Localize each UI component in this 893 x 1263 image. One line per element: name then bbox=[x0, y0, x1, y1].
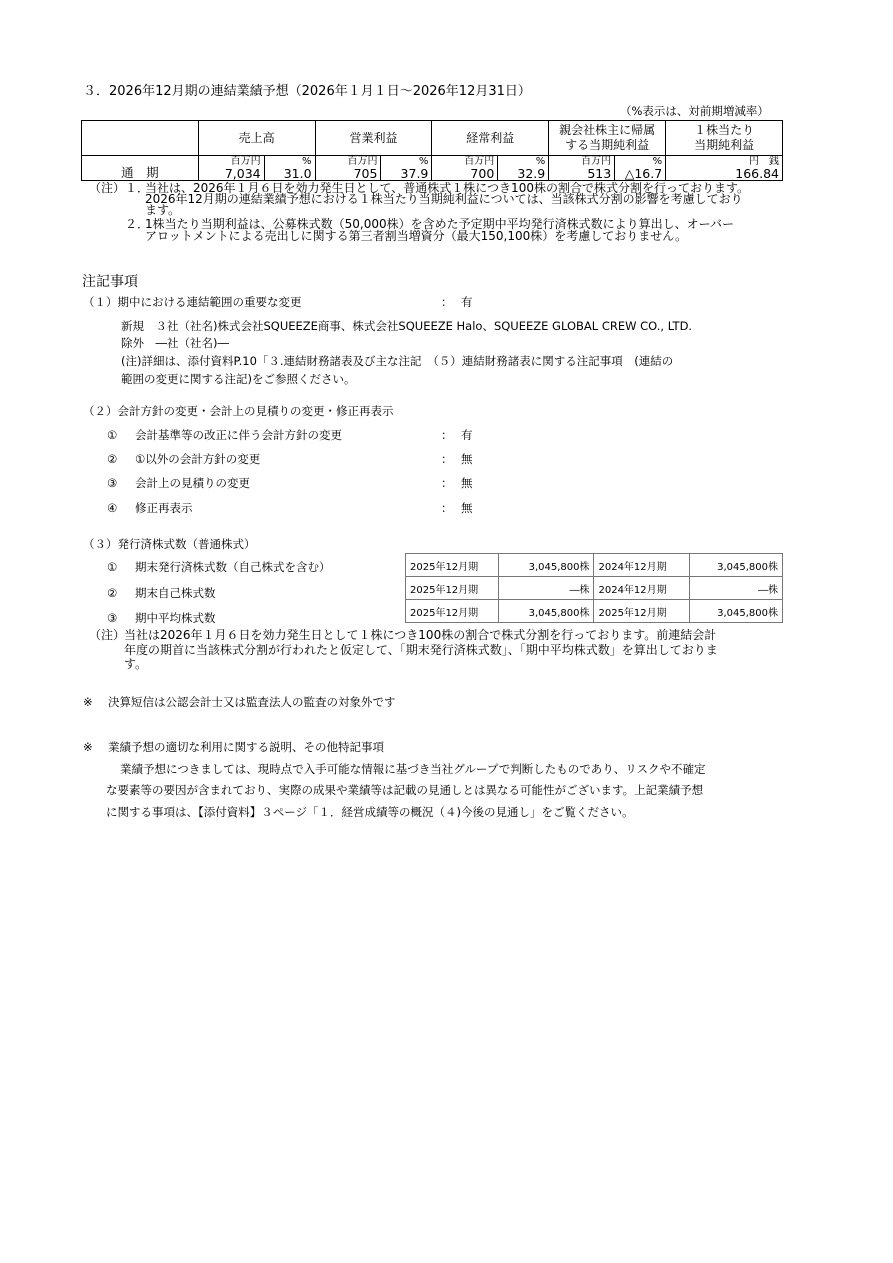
item2-row4-text: 修正再表示 bbox=[135, 502, 193, 514]
shares-value: ―株 bbox=[498, 577, 594, 600]
period: 2024年12月期 bbox=[594, 554, 690, 577]
net-pct: △16.7 bbox=[615, 167, 666, 181]
shares-value: 3,045,800株 bbox=[690, 554, 783, 577]
notes-heading: 注記事項 bbox=[82, 271, 138, 291]
item2-row1-text: 会計基準等の改正に伴う会計方針の変更 bbox=[135, 429, 342, 441]
item2-label: （２）会計方針の変更・会計上の見積りの変更・修正再表示 bbox=[83, 405, 394, 417]
item2-row4-colon: ： bbox=[441, 502, 453, 514]
item1-detail-line1: (注)詳細は、添付資料P.10「３.連結財務諸表及び主な注記 （５）連結財務諸表… bbox=[121, 355, 673, 367]
item2-row2-colon: ： bbox=[441, 453, 453, 465]
item3-row2-text: 期末自己株式数 bbox=[135, 587, 216, 599]
forward-line3: に関する事項は、【添付資料】３ページ「１．経営成績等の概況（４)今後の見通し」を… bbox=[106, 806, 634, 818]
shares-value: ―株 bbox=[690, 577, 783, 600]
net-value: 513 bbox=[549, 167, 615, 181]
shares-row: 2025年12月期 3,045,800株 2024年12月期 3,045,800… bbox=[406, 554, 783, 577]
forecast-table: 売上高 営業利益 経常利益 親会社株主に帰属する当期純利益 １株当たり当期純利益… bbox=[81, 120, 783, 181]
item2-row4-value: 無 bbox=[461, 502, 473, 514]
item3-note-line3: す。 bbox=[124, 659, 147, 671]
period: 2025年12月期 bbox=[406, 600, 499, 623]
item2-row4-num: ④ bbox=[107, 502, 117, 514]
item1-label: （１）期中における連結範囲の重要な変更 bbox=[83, 296, 302, 308]
item3-row1-num: ① bbox=[107, 561, 117, 573]
item1-new-companies: 新規 ３社（社名)株式会社SQUEEZE商事、株式会社SQUEEZE Halo、… bbox=[121, 320, 692, 332]
item3-note-line1: 当社は2026年１月６日を効力発生日として１株につき100株の割合で株式分割を行… bbox=[124, 630, 716, 642]
period: 2024年12月期 bbox=[594, 577, 690, 600]
ordinary-value: 700 bbox=[432, 167, 498, 181]
item1-detail-line2: 範囲の変更に関する注記)をご参照ください。 bbox=[121, 373, 355, 385]
period: 2025年12月期 bbox=[594, 600, 690, 623]
forecast-note2-line2: アロットメントによる売出しに関する第三者割当増資分（最大150,100株）を考慮… bbox=[145, 231, 687, 243]
forward-line2: な要素等の要因が含まれており、実際の成果や業績等は記載の見通しとは異なる可能性が… bbox=[106, 784, 703, 796]
operating-value: 705 bbox=[315, 167, 381, 181]
item3-label: （３）発行済株式数（普通株式） bbox=[83, 538, 256, 550]
rate-note: （%表示は、対前期増減率） bbox=[620, 105, 769, 117]
item2-row1-value: 有 bbox=[461, 429, 473, 441]
header-blank bbox=[82, 121, 199, 156]
row-label: 通 期 bbox=[82, 156, 199, 181]
sales-value: 7,034 bbox=[198, 167, 264, 181]
item1-colon: ： bbox=[441, 296, 453, 308]
shares-table: 2025年12月期 3,045,800株 2024年12月期 3,045,800… bbox=[405, 553, 783, 623]
item2-row2-text: ①以外の会計方針の変更 bbox=[135, 453, 260, 465]
item1-excluded: 除外 ―社（社名)― bbox=[121, 337, 229, 349]
item2-row2-value: 無 bbox=[461, 453, 473, 465]
sales-pct: 31.0 bbox=[264, 167, 315, 181]
item3-note-prefix: （注） bbox=[89, 630, 125, 642]
forward-mark: ※ bbox=[83, 741, 93, 753]
shares-row: 2025年12月期 ―株 2024年12月期 ―株 bbox=[406, 577, 783, 600]
forward-heading: 業績予想の適切な利用に関する説明、その他特記事項 bbox=[108, 741, 384, 753]
item3-row2-num: ② bbox=[107, 587, 117, 599]
item2-row1-colon: ： bbox=[441, 429, 453, 441]
item2-row3-value: 無 bbox=[461, 477, 473, 489]
operating-pct: 37.9 bbox=[381, 167, 432, 181]
header-net-profit: 親会社株主に帰属する当期純利益 bbox=[549, 121, 666, 156]
forecast-note1-line2: 2026年12月期の連結業績予想における１株当たり当期純利益については、当該株式… bbox=[145, 194, 743, 206]
header-sales: 売上高 bbox=[198, 121, 315, 156]
audit-text: 決算短信は公認会計士又は監査法人の監査の対象外です bbox=[108, 696, 396, 708]
forecast-note-prefix: （注） bbox=[89, 183, 125, 195]
item2-row2-num: ② bbox=[107, 453, 117, 465]
eps-value: 166.84 bbox=[666, 167, 783, 181]
ordinary-pct: 32.9 bbox=[498, 167, 549, 181]
item3-note-line2: 年度の期首に当該株式分割が行われたと仮定して、「期末発行済株式数」、「期中平均株… bbox=[124, 645, 718, 657]
item2-row3-text: 会計上の見積りの変更 bbox=[135, 477, 250, 489]
item2-row3-num: ③ bbox=[107, 477, 117, 489]
shares-value: 3,045,800株 bbox=[498, 600, 594, 623]
shares-value: 3,045,800株 bbox=[690, 600, 783, 623]
shares-value: 3,045,800株 bbox=[498, 554, 594, 577]
shares-row: 2025年12月期 3,045,800株 2025年12月期 3,045,800… bbox=[406, 600, 783, 623]
item3-row1-text: 期末発行済株式数（自己株式を含む） bbox=[135, 561, 331, 573]
item3-row3-text: 期中平均株式数 bbox=[135, 612, 216, 624]
header-eps: １株当たり当期純利益 bbox=[666, 121, 783, 156]
forecast-title: ３．2026年12月期の連結業績予想（2026年１月１日～2026年12月31日… bbox=[83, 85, 531, 99]
period: 2025年12月期 bbox=[406, 577, 499, 600]
period: 2025年12月期 bbox=[406, 554, 499, 577]
item2-row1-num: ① bbox=[107, 429, 117, 441]
header-operating-profit: 営業利益 bbox=[315, 121, 432, 156]
header-ordinary-profit: 経常利益 bbox=[432, 121, 549, 156]
forecast-note1-line3: ます。 bbox=[145, 205, 180, 217]
item2-row3-colon: ： bbox=[441, 477, 453, 489]
forward-line1: 業績予想につきましては、現時点で入手可能な情報に基づき当社グループで判断したもの… bbox=[120, 763, 705, 775]
audit-mark: ※ bbox=[83, 696, 93, 708]
forecast-unit-row: 通 期 百万円 % 百万円 % 百万円 % 百万円 % 円 銭 bbox=[82, 156, 783, 168]
item3-row3-num: ③ bbox=[107, 612, 117, 624]
forecast-header-row: 売上高 営業利益 経常利益 親会社株主に帰属する当期純利益 １株当たり当期純利益 bbox=[82, 121, 783, 156]
item1-value: 有 bbox=[461, 296, 473, 308]
